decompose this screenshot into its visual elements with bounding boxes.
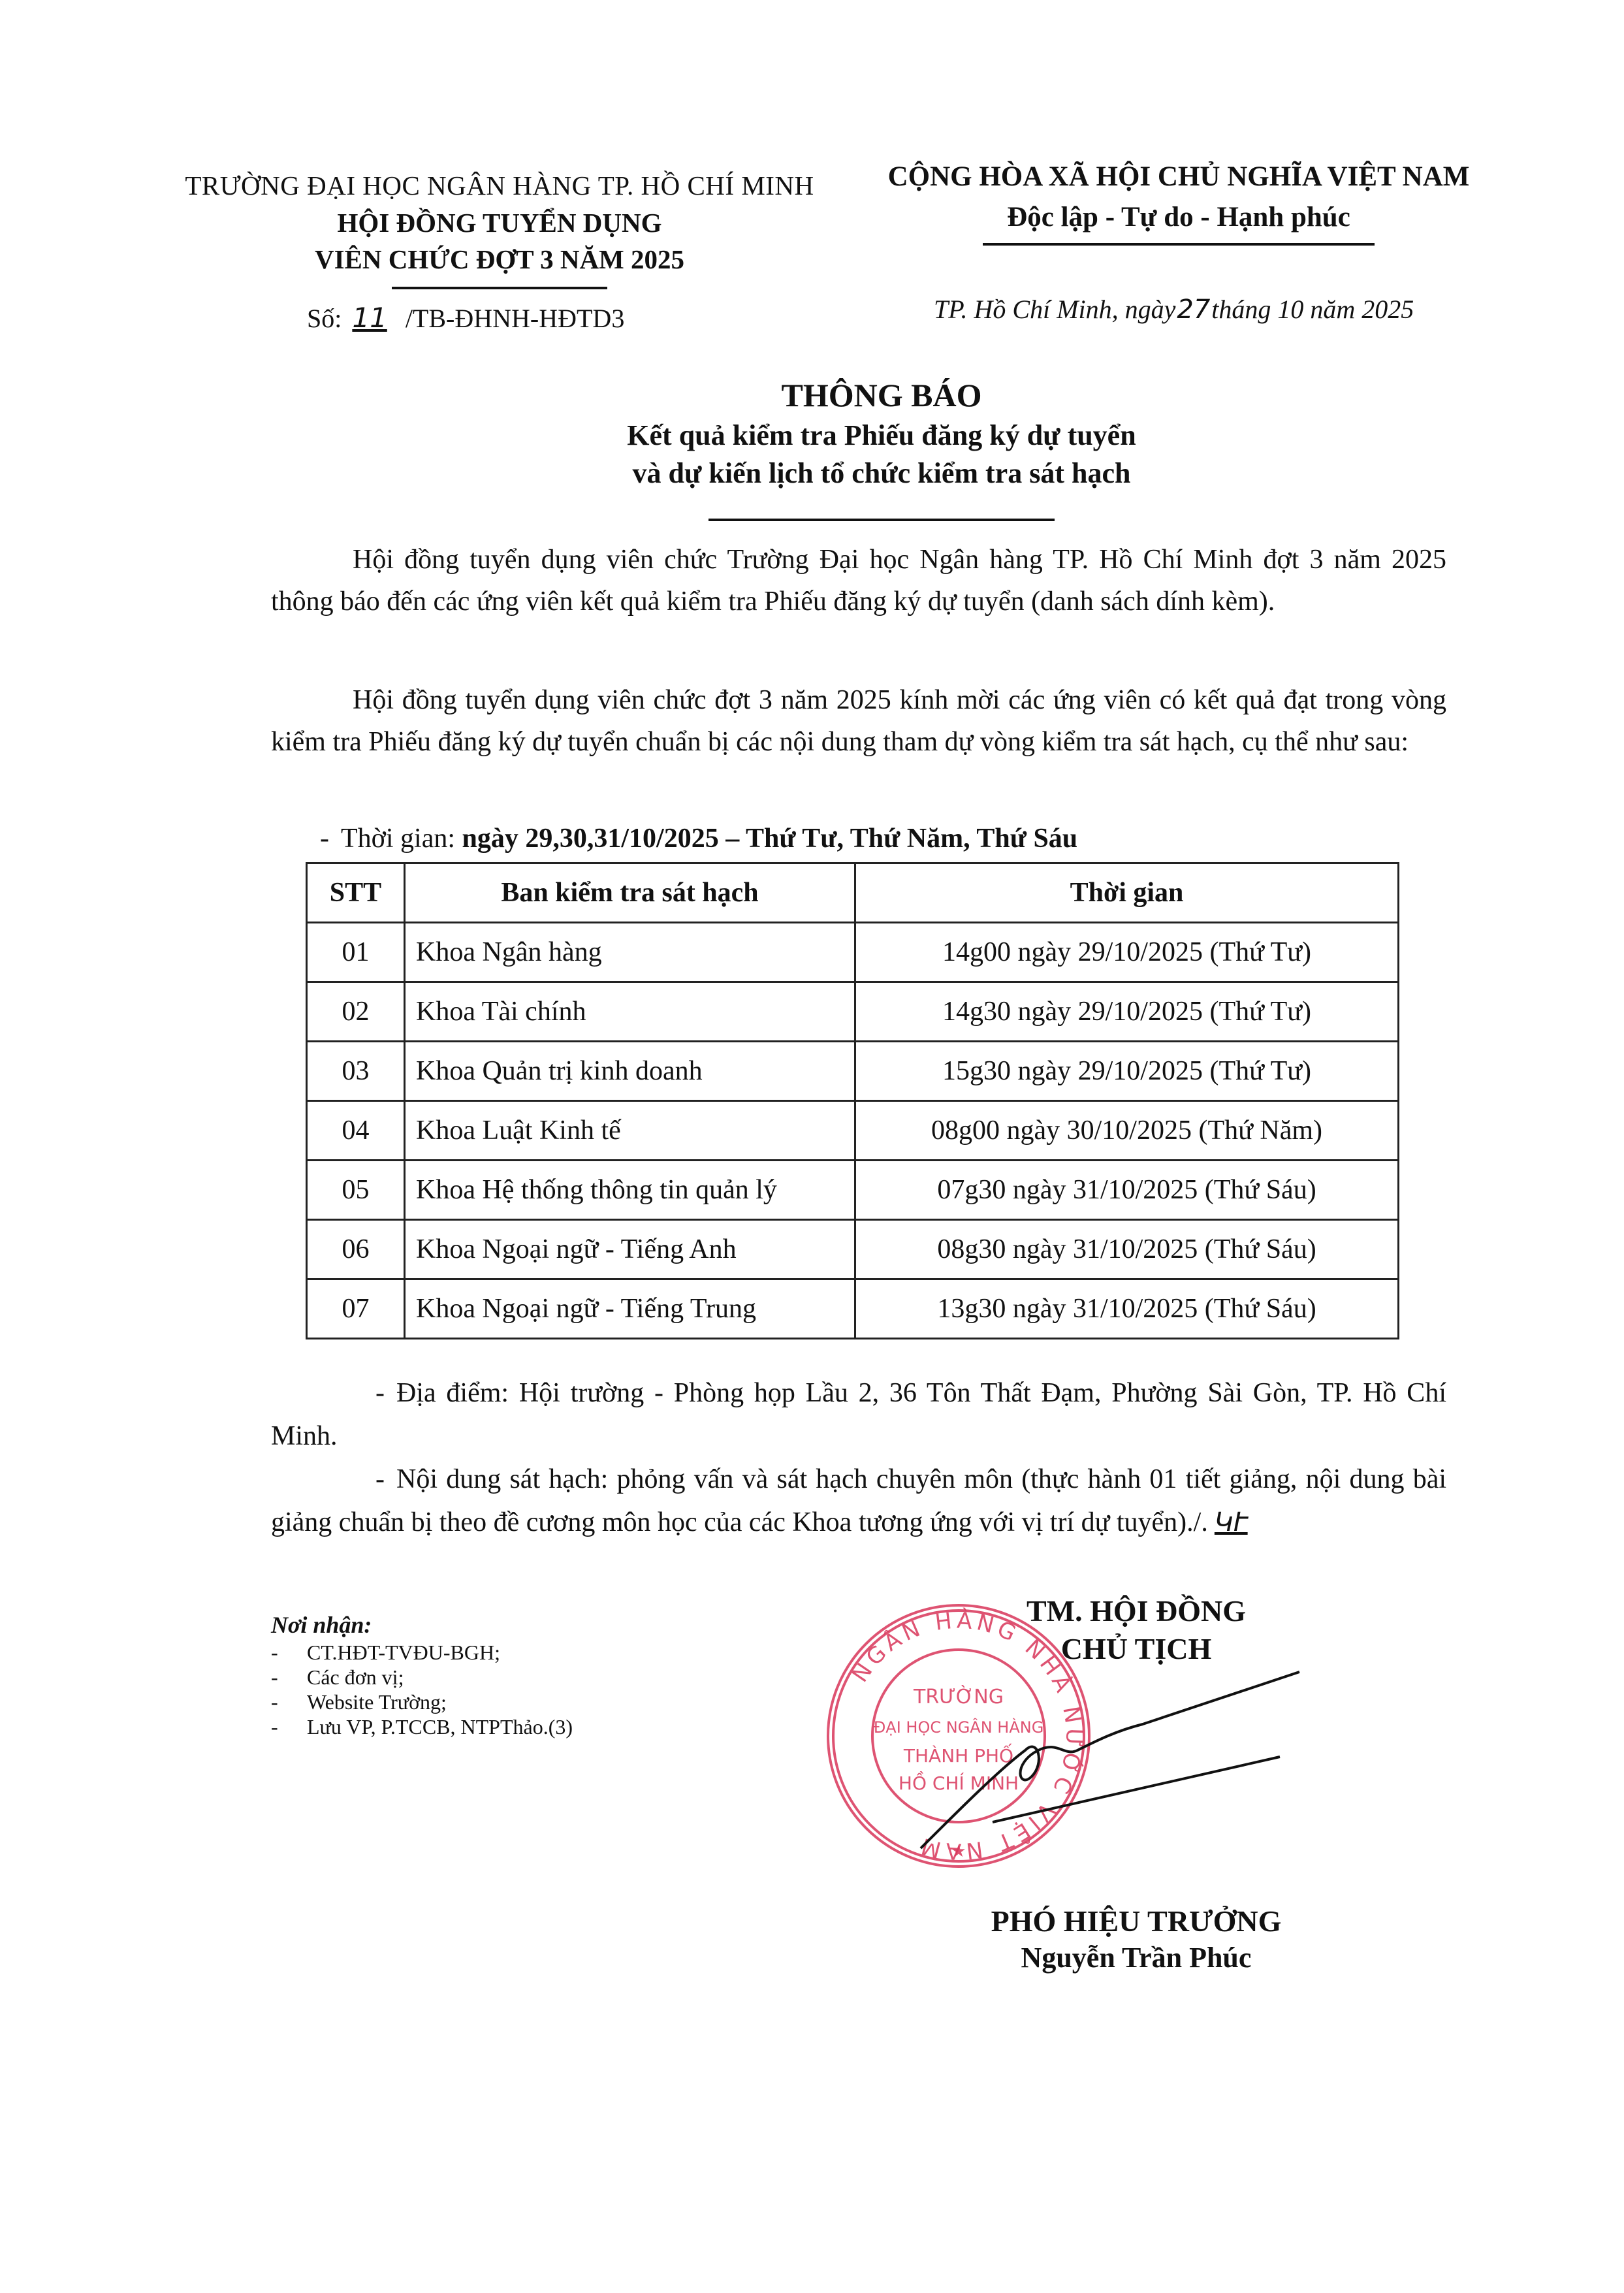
recipients-list: -CT.HĐT-TVĐU-BGH;-Các đơn vị;-Website Tr… xyxy=(271,1640,573,1739)
bullet-dash: - xyxy=(271,1665,307,1690)
document-date: TP. Hồ Chí Minh, ngày27tháng 10 năm 2025 xyxy=(934,294,1414,325)
content-bullet: -Nội dung sát hạch: phỏng vấn và sát hạc… xyxy=(271,1458,1446,1544)
cell-time: 13g30 ngày 31/10/2025 (Thứ Sáu) xyxy=(855,1279,1399,1339)
cell-time: 14g30 ngày 29/10/2025 (Thứ Tư) xyxy=(855,982,1399,1042)
time-bullet: -Thời gian: ngày 29,30,31/10/2025 – Thứ … xyxy=(320,823,1077,854)
national-header: CỘNG HÒA XÃ HỘI CHỦ NGHĨA VIỆT NAM Độc l… xyxy=(842,157,1515,246)
table-row: 06Khoa Ngoại ngữ - Tiếng Anh08g30 ngày 3… xyxy=(307,1220,1399,1279)
notice-subtitle-1: Kết quả kiểm tra Phiếu đăng ký dự tuyển xyxy=(326,417,1437,455)
notice-subtitle-2: và dự kiến lịch tổ chức kiểm tra sát hạc… xyxy=(326,455,1437,492)
issuer-block: TRƯỜNG ĐẠI HỌC NGÂN HÀNG TP. HỒ CHÍ MINH… xyxy=(163,167,836,289)
document-number: Số: 11 /TB-ĐHNH-HĐTD3 xyxy=(307,302,624,334)
cell-department: Khoa Luật Kinh tế xyxy=(405,1101,855,1161)
title-underline xyxy=(709,519,1055,521)
national-motto: Độc lập - Tự do - Hạnh phúc xyxy=(842,197,1515,238)
cell-stt: 03 xyxy=(307,1042,405,1101)
bullet-dash: - xyxy=(323,1371,385,1415)
notice-title-block: THÔNG BÁO Kết quả kiểm tra Phiếu đăng ký… xyxy=(326,374,1437,521)
recipient-item: -Các đơn vị; xyxy=(271,1665,573,1690)
cell-department: Khoa Ngoại ngữ - Tiếng Trung xyxy=(405,1279,855,1339)
recipient-item: -CT.HĐT-TVĐU-BGH; xyxy=(271,1640,573,1665)
signer-name: Nguyễn Trần Phúc xyxy=(901,1940,1371,1976)
national-title: CỘNG HÒA XÃ HỘI CHỦ NGHĨA VIỆT NAM xyxy=(842,157,1515,197)
bullet-dash: - xyxy=(271,1690,307,1714)
cell-time: 08g00 ngày 30/10/2025 (Thứ Năm) xyxy=(855,1101,1399,1161)
table-row: 07Khoa Ngoại ngữ - Tiếng Trung13g30 ngày… xyxy=(307,1279,1399,1339)
signer-title: PHÓ HIỆU TRƯỞNG xyxy=(901,1903,1371,1940)
time-label: Thời gian: xyxy=(341,824,455,854)
council-name: HỘI ĐỒNG TUYỂN DỤNG xyxy=(163,204,836,241)
date-prefix: TP. Hồ Chí Minh, ngày xyxy=(934,295,1175,324)
bullet-dash: - xyxy=(271,1640,307,1665)
cell-stt: 01 xyxy=(307,923,405,982)
cell-department: Khoa Tài chính xyxy=(405,982,855,1042)
table-row: 05Khoa Hệ thống thông tin quản lý07g30 n… xyxy=(307,1161,1399,1220)
doc-number-value: 11 xyxy=(352,302,387,334)
cell-department: Khoa Ngoại ngữ - Tiếng Anh xyxy=(405,1220,855,1279)
table-row: 04Khoa Luật Kinh tế08g00 ngày 30/10/2025… xyxy=(307,1101,1399,1161)
cell-time: 07g30 ngày 31/10/2025 (Thứ Sáu) xyxy=(855,1161,1399,1220)
date-suffix: tháng 10 năm 2025 xyxy=(1211,295,1414,324)
table-row: 03Khoa Quản trị kinh doanh15g30 ngày 29/… xyxy=(307,1042,1399,1101)
recipient-text: Các đơn vị; xyxy=(307,1665,404,1689)
issuer-underline xyxy=(392,287,607,289)
council-round: VIÊN CHỨC ĐỢT 3 NĂM 2025 xyxy=(163,241,836,278)
col-header-time: Thời gian xyxy=(855,863,1399,923)
col-header-dept: Ban kiểm tra sát hạch xyxy=(405,863,855,923)
handwritten-initials: ԿՒ xyxy=(1215,1507,1248,1537)
cell-stt: 06 xyxy=(307,1220,405,1279)
cell-stt: 02 xyxy=(307,982,405,1042)
col-header-stt: STT xyxy=(307,863,405,923)
cell-stt: 07 xyxy=(307,1279,405,1339)
time-value: ngày 29,30,31/10/2025 – Thứ Tư, Thứ Năm,… xyxy=(462,824,1078,854)
doc-number-suffix: /TB-ĐHNH-HĐTD3 xyxy=(406,304,625,333)
cell-time: 15g30 ngày 29/10/2025 (Thứ Tư) xyxy=(855,1042,1399,1101)
notice-title: THÔNG BÁO xyxy=(326,374,1437,417)
cell-time: 14g00 ngày 29/10/2025 (Thứ Tư) xyxy=(855,923,1399,982)
table-row: 01Khoa Ngân hàng14g00 ngày 29/10/2025 (T… xyxy=(307,923,1399,982)
recipients-label: Nơi nhận: xyxy=(271,1610,573,1640)
table-row: 02Khoa Tài chính14g30 ngày 29/10/2025 (T… xyxy=(307,982,1399,1042)
signature-on-behalf: TM. HỘI ĐỒNG xyxy=(901,1592,1371,1630)
invitation-paragraph: Hội đồng tuyển dụng viên chức đợt 3 năm … xyxy=(271,679,1446,763)
content-text: Nội dung sát hạch: phỏng vấn và sát hạch… xyxy=(271,1464,1446,1537)
doc-number-label: Số: xyxy=(307,304,342,333)
motto-underline xyxy=(983,243,1375,246)
location-text: Địa điểm: Hội trường - Phòng họp Lầu 2, … xyxy=(271,1378,1446,1451)
location-bullet: -Địa điểm: Hội trường - Phòng họp Lầu 2,… xyxy=(271,1371,1446,1458)
recipient-text: CT.HĐT-TVĐU-BGH; xyxy=(307,1641,500,1664)
cell-department: Khoa Ngân hàng xyxy=(405,923,855,982)
signature-role: CHỦ TỊCH xyxy=(901,1630,1371,1668)
schedule-table: STT Ban kiểm tra sát hạch Thời gian 01Kh… xyxy=(306,862,1399,1339)
cell-stt: 04 xyxy=(307,1101,405,1161)
cell-stt: 05 xyxy=(307,1161,405,1220)
recipient-text: Website Trường; xyxy=(307,1690,447,1714)
intro-paragraph: Hội đồng tuyển dụng viên chức Trường Đại… xyxy=(271,539,1446,622)
bullet-dash: - xyxy=(271,1714,307,1739)
recipients-block: Nơi nhận: -CT.HĐT-TVĐU-BGH;-Các đơn vị;-… xyxy=(271,1610,573,1739)
bullet-dash: - xyxy=(323,1458,385,1501)
date-day: 27 xyxy=(1177,295,1210,325)
cell-time: 08g30 ngày 31/10/2025 (Thứ Sáu) xyxy=(855,1220,1399,1279)
recipient-item: -Website Trường; xyxy=(271,1690,573,1714)
signature-block: TM. HỘI ĐỒNG CHỦ TỊCH PHÓ HIỆU TRƯỞNG Ng… xyxy=(901,1592,1371,1976)
bullet-dash: - xyxy=(320,823,329,854)
university-name: TRƯỜNG ĐẠI HỌC NGÂN HÀNG TP. HỒ CHÍ MINH xyxy=(163,167,836,204)
recipient-item: -Lưu VP, P.TCCB, NTPThảo.(3) xyxy=(271,1714,573,1739)
cell-department: Khoa Quản trị kinh doanh xyxy=(405,1042,855,1101)
recipient-text: Lưu VP, P.TCCB, NTPThảo.(3) xyxy=(307,1715,573,1739)
table-header-row: STT Ban kiểm tra sát hạch Thời gian xyxy=(307,863,1399,923)
cell-department: Khoa Hệ thống thông tin quản lý xyxy=(405,1161,855,1220)
